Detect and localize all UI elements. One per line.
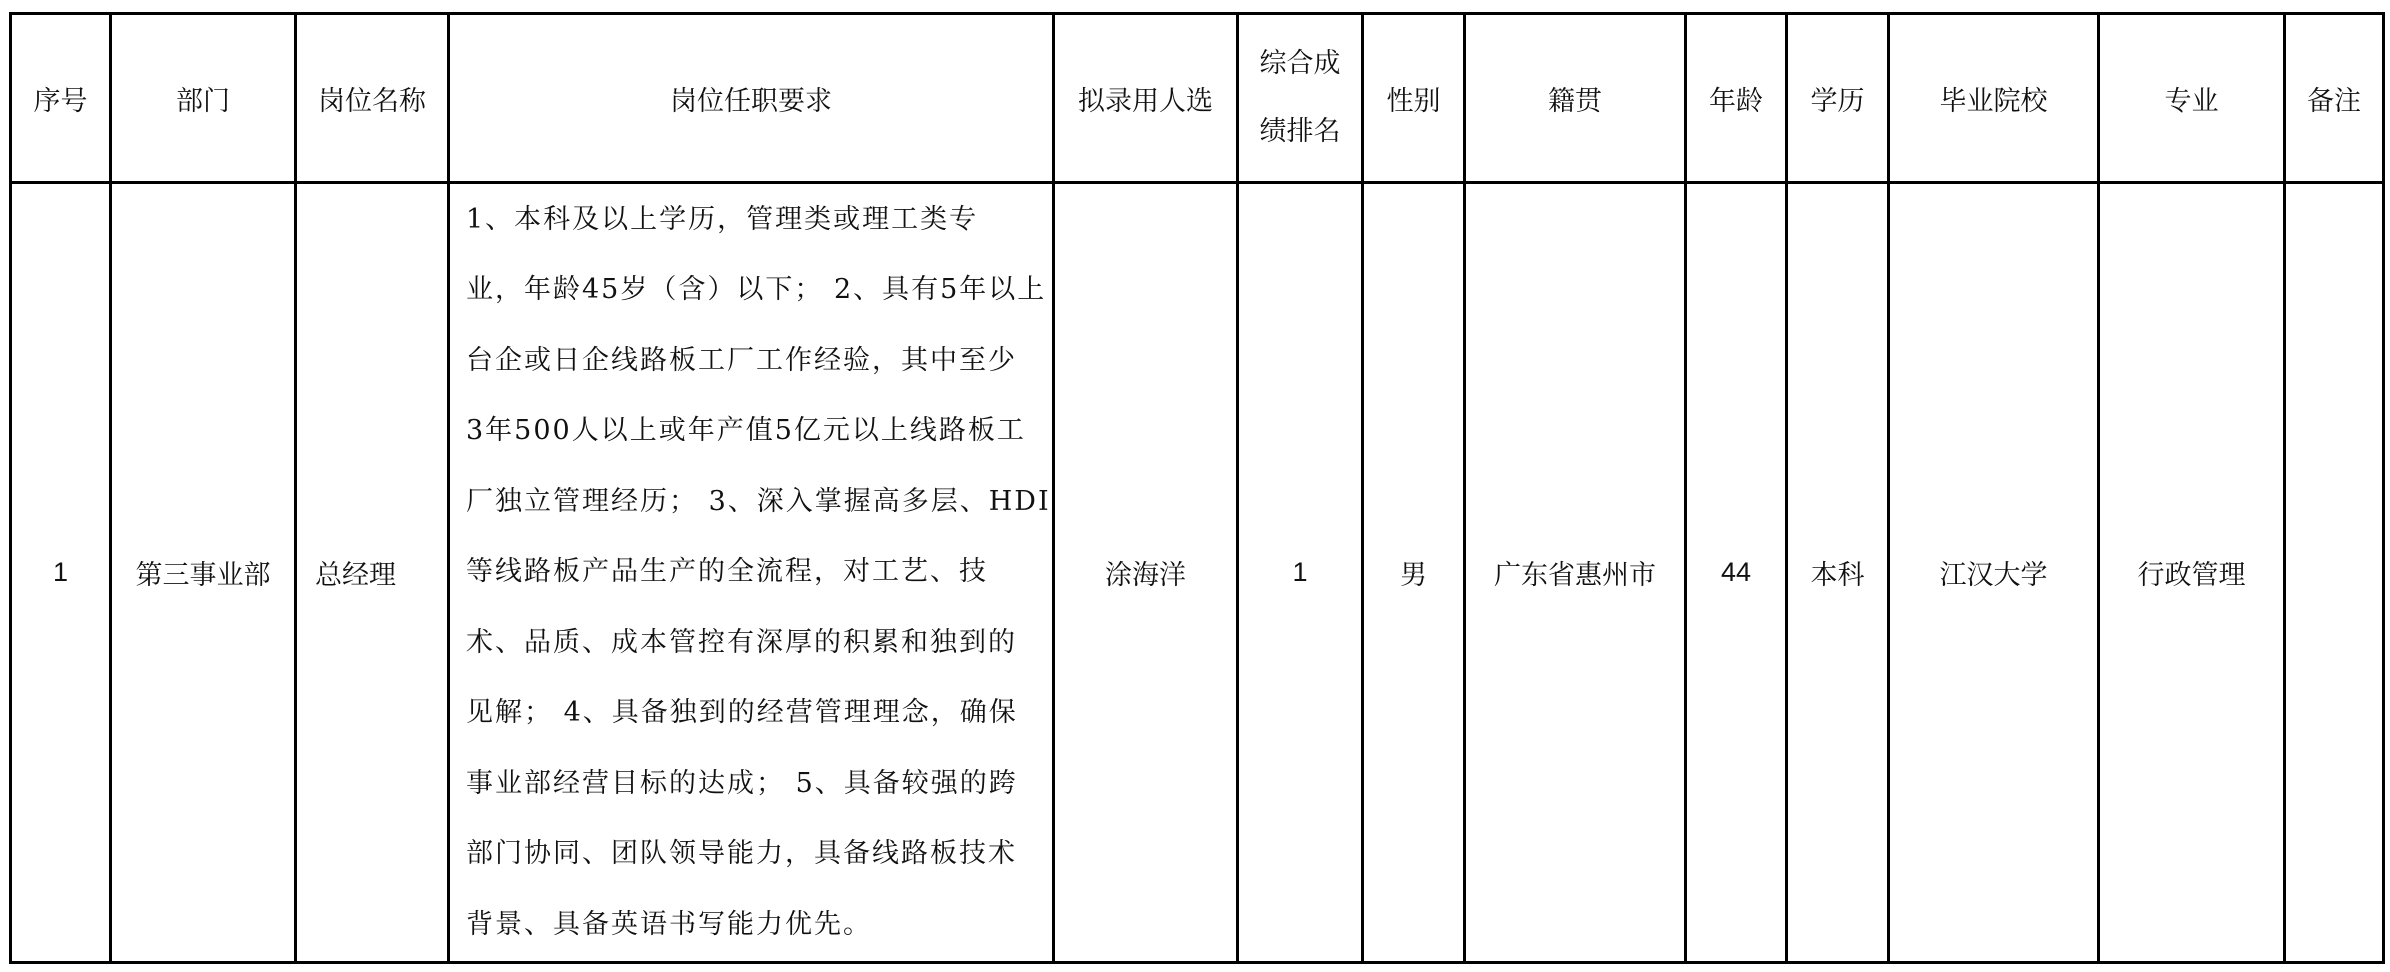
header-position: 岗位名称: [296, 14, 449, 183]
cell-ranking: 1: [1238, 183, 1363, 963]
requirement-line: 部门协同、团队领导能力，具备线路板技术: [466, 819, 1040, 890]
cell-requirements: 1、本科及以上学历，管理类或理工类专 业，年龄45岁（含）以下； 2、具有5年以…: [449, 183, 1054, 963]
requirement-line: 业，年龄45岁（含）以下； 2、具有5年以上: [466, 255, 1040, 326]
requirement-line: 台企或日企线路板工厂工作经验，其中至少: [466, 326, 1040, 397]
header-school: 毕业院校: [1889, 14, 2099, 183]
header-age: 年龄: [1686, 14, 1787, 183]
header-row: 序号 部门 岗位名称 岗位任职要求 拟录用人选 综合成 绩排名 性别 籍贯 年龄…: [11, 14, 2384, 183]
header-ranking: 综合成 绩排名: [1238, 14, 1363, 183]
requirement-line: 见解； 4、具备独到的经营管理理念，确保: [466, 678, 1040, 749]
header-native-place: 籍贯: [1465, 14, 1686, 183]
table-row: 1 第三事业部 总经理 1、本科及以上学历，管理类或理工类专 业，年龄45岁（含…: [11, 183, 2384, 963]
requirement-line: 术、品质、成本管控有深厚的积累和独到的: [466, 608, 1040, 679]
header-remarks: 备注: [2285, 14, 2384, 183]
header-candidate: 拟录用人选: [1054, 14, 1238, 183]
header-department: 部门: [111, 14, 296, 183]
requirement-line: 厂独立管理经历； 3、深入掌握高多层、HDI: [466, 467, 1040, 538]
requirement-line: 3年500人以上或年产值5亿元以上线路板工: [466, 396, 1040, 467]
header-gender: 性别: [1363, 14, 1465, 183]
header-ranking-line-2: 绩排名: [1239, 98, 1361, 166]
cell-candidate: 涂海洋: [1054, 183, 1238, 963]
header-requirements: 岗位任职要求: [449, 14, 1054, 183]
cell-seq: 1: [11, 183, 111, 963]
header-ranking-line-1: 综合成: [1239, 30, 1361, 98]
cell-age: 44: [1686, 183, 1787, 963]
cell-native-place: 广东省惠州市: [1465, 183, 1686, 963]
header-major: 专业: [2099, 14, 2285, 183]
recruitment-table: 序号 部门 岗位名称 岗位任职要求 拟录用人选 综合成 绩排名 性别 籍贯 年龄…: [9, 12, 2385, 964]
requirement-line: 背景、具备英语书写能力优先。: [466, 890, 1040, 961]
cell-major: 行政管理: [2099, 183, 2285, 963]
requirement-line: 事业部经营目标的达成； 5、具备较强的跨: [466, 749, 1040, 820]
cell-department: 第三事业部: [111, 183, 296, 963]
header-seq: 序号: [11, 14, 111, 183]
cell-remarks: [2285, 183, 2384, 963]
requirement-line: 等线路板产品生产的全流程，对工艺、技: [466, 537, 1040, 608]
header-education: 学历: [1787, 14, 1889, 183]
cell-gender: 男: [1363, 183, 1465, 963]
cell-school: 江汉大学: [1889, 183, 2099, 963]
cell-position: 总经理: [296, 183, 449, 963]
cell-education: 本科: [1787, 183, 1889, 963]
requirement-line: 1、本科及以上学历，管理类或理工类专: [466, 185, 1040, 256]
